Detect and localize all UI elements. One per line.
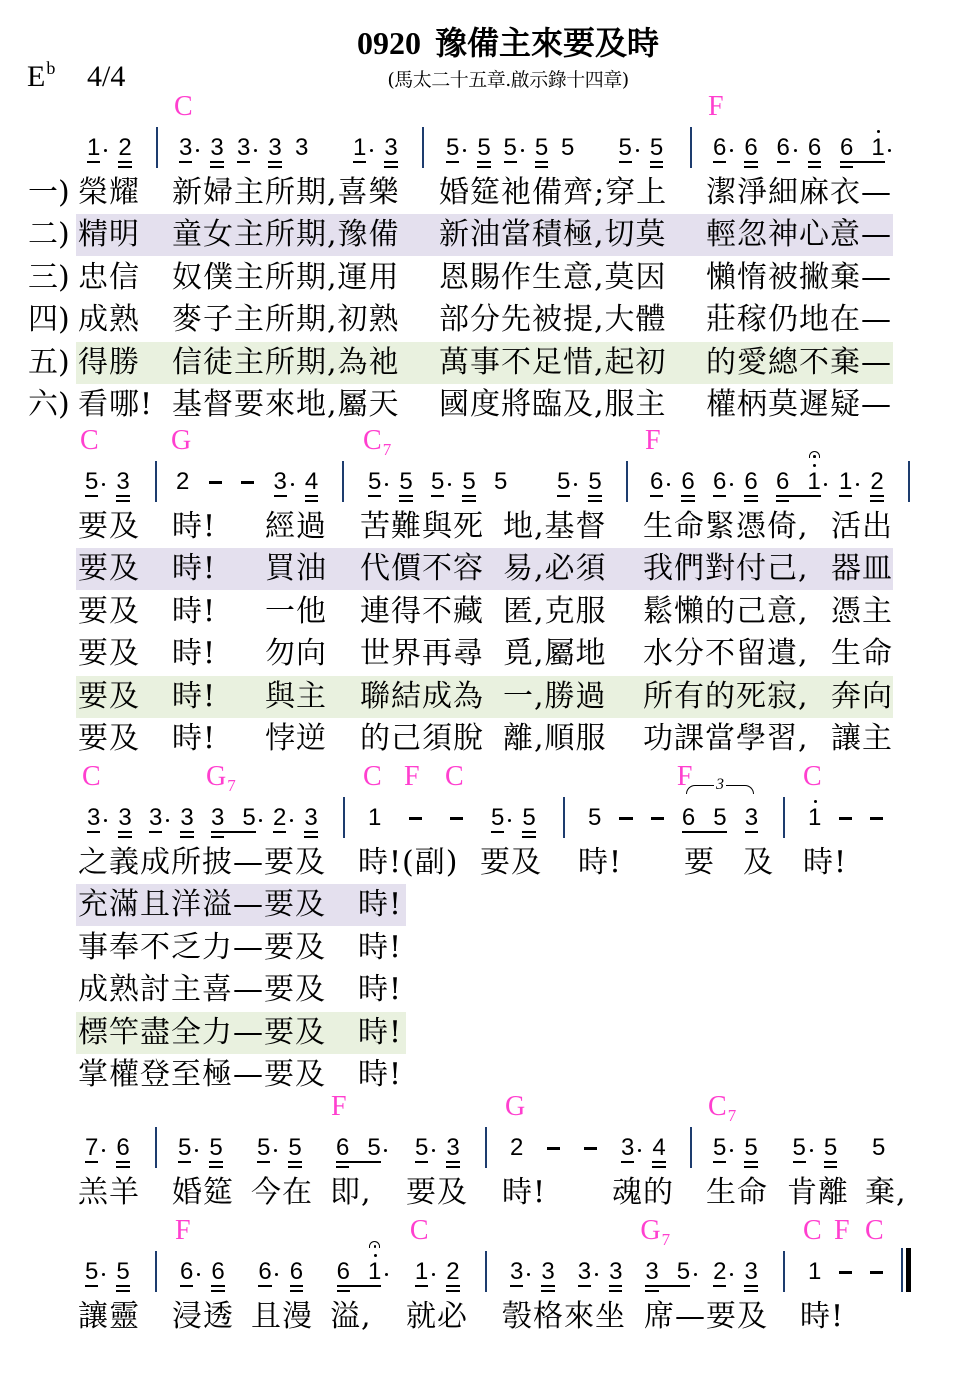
- chord-root: G: [171, 425, 191, 456]
- note-digit: 5: [744, 1136, 757, 1160]
- underline: [258, 1285, 271, 1287]
- measure: 76: [85, 1136, 130, 1160]
- lyric-line: 要及時!與主聯結成為一,勝過所有的死寂,奔向: [0, 676, 956, 718]
- augmentation-dot: [888, 149, 891, 152]
- note: 5: [504, 136, 517, 160]
- note: 6: [744, 470, 757, 494]
- measure: 2G34: [176, 470, 318, 494]
- underline: [446, 1290, 459, 1292]
- note: 3C: [179, 136, 192, 160]
- augmentation-dot: [667, 483, 670, 486]
- note-digit: 2: [446, 1260, 459, 1284]
- octave-up-dot: [877, 130, 880, 133]
- beam-group: 61: [776, 470, 821, 494]
- note: 7: [85, 1136, 98, 1160]
- beat: 2G: [510, 1136, 547, 1160]
- underline: [744, 495, 757, 497]
- chord-symbol: F: [404, 763, 420, 791]
- note: 6: [776, 470, 789, 494]
- measure: 55: [85, 1260, 130, 1284]
- chord-root: C: [803, 1215, 822, 1246]
- lyric-segment: 棄,: [865, 1172, 907, 1214]
- lyric-line: 二)精明童女主所期,豫備新油當積極,切莫輕忽神心意—: [0, 214, 956, 256]
- barline: [485, 1251, 487, 1292]
- beat: 2G: [176, 470, 209, 494]
- note-digit: 1: [808, 806, 821, 830]
- beat: 36F53: [682, 806, 758, 830]
- note: 1C: [368, 806, 381, 830]
- note-digit: 6: [744, 470, 757, 494]
- underline: [650, 495, 663, 497]
- note: 5: [522, 806, 535, 830]
- beam-group: 3G75: [211, 806, 256, 830]
- lyric-line: 羔羊婚筵今在即,要及時!魂的生命肯離棄,: [0, 1172, 956, 1214]
- note-digit: 5: [85, 470, 98, 494]
- lyric-line: 之義成所披—要及時!(副)要及時!要及時!: [0, 842, 956, 884]
- chord-root: C: [80, 425, 99, 456]
- beat: 55: [85, 1260, 130, 1284]
- note-digit: 3: [179, 136, 192, 160]
- underline: [87, 831, 100, 833]
- augmentation-dot: [102, 1273, 105, 1276]
- measure: 5C75555: [713, 1136, 885, 1160]
- note: 3: [274, 470, 287, 494]
- barline: [155, 1251, 157, 1292]
- chord-root: F: [331, 1091, 347, 1122]
- underline: [85, 495, 98, 497]
- beat: [870, 806, 883, 830]
- lyric-segment: 要及: [78, 718, 140, 760]
- lyric-segment: 悖逆: [265, 718, 327, 760]
- note: 5: [619, 136, 632, 160]
- note-digit: 2: [118, 136, 131, 160]
- dash-line: [547, 1147, 560, 1150]
- underline: [713, 161, 726, 163]
- barline: [155, 461, 157, 502]
- note: 6: [681, 470, 694, 494]
- note: 1C: [808, 1260, 821, 1284]
- beam-group: 61: [337, 1260, 382, 1284]
- lyric-segment: 信徒主所期,為祂: [172, 342, 400, 384]
- triplet-group: 36F53: [682, 806, 758, 830]
- lyric-segment: 榮耀: [78, 172, 140, 214]
- dash-line: [241, 481, 254, 484]
- note: 6: [337, 1260, 350, 1284]
- underline: [808, 166, 821, 168]
- note: 2G: [176, 470, 189, 494]
- note: 1: [87, 136, 100, 160]
- note-digit: 5: [824, 1136, 837, 1160]
- note-digit: 5: [491, 806, 504, 830]
- chord-symbol: C: [174, 93, 193, 121]
- augmentation-dot: [730, 1149, 733, 1152]
- note-digit: 6: [713, 136, 726, 160]
- beat: 12: [839, 470, 884, 494]
- underline: [180, 831, 193, 833]
- lyric-segment: 苦難與死: [360, 506, 484, 548]
- final-barline: [901, 1248, 903, 1292]
- barline: [485, 1127, 487, 1168]
- chord-symbol: F: [175, 1217, 191, 1245]
- beat: 55: [446, 136, 504, 160]
- lyric-line: 要及時!勿向世界再尋覓,屬地水分不留遺,生命: [0, 633, 956, 675]
- underline: [510, 1285, 523, 1287]
- underline: [840, 166, 853, 168]
- measure: 12: [87, 136, 132, 160]
- lyric-segment: 席—要及: [644, 1296, 768, 1338]
- beat: 5C75: [713, 1136, 793, 1160]
- underline: [522, 831, 535, 833]
- underline: [477, 166, 490, 168]
- measure: 33333G7523: [510, 1260, 758, 1284]
- note: 1: [368, 1260, 381, 1284]
- note: 5: [677, 1260, 690, 1284]
- note-digit: 4: [305, 470, 318, 494]
- underline: [179, 161, 192, 163]
- lyric-line: 四)成熟麥子主所期,初熟部分先被提,大體莊稼仍地在—: [0, 299, 956, 341]
- note-digit: 5: [367, 1136, 380, 1160]
- lyric-segment: 要及: [78, 633, 140, 675]
- sustain-dash: [651, 806, 664, 830]
- underline: [793, 1161, 806, 1163]
- note-digit: 6: [290, 1260, 303, 1284]
- lyric-segment: 要及: [78, 676, 140, 718]
- beat: 5: [561, 136, 619, 160]
- measure: 536F53: [588, 806, 758, 830]
- note-digit: 3: [295, 136, 308, 160]
- underline: [645, 1290, 658, 1292]
- note-digit: 1: [808, 1260, 821, 1284]
- beat: 1C2: [415, 1260, 460, 1284]
- underline: [609, 1285, 622, 1287]
- underline: [462, 495, 475, 497]
- underline: [210, 166, 223, 168]
- sustain-dash: F: [409, 806, 422, 830]
- beat: 3G75: [211, 806, 273, 830]
- beat: 12: [87, 136, 132, 160]
- note-digit: 3: [621, 1136, 634, 1160]
- dash-line: [450, 817, 463, 820]
- underline: [619, 161, 632, 163]
- underline: [336, 1166, 349, 1168]
- note: 5: [431, 470, 444, 494]
- beat: 61: [337, 1260, 415, 1284]
- underline: [85, 1285, 98, 1287]
- note: 1: [839, 470, 852, 494]
- beat: 55: [619, 136, 664, 160]
- sustain-dash: [870, 806, 883, 830]
- lyric-segment: 奔向: [831, 676, 893, 718]
- measure: 1C: [808, 806, 883, 830]
- chord-root: C: [363, 425, 382, 456]
- chord-symbol: C: [803, 763, 822, 791]
- measure: 6F666611C2: [180, 1260, 460, 1284]
- lyric-line: 成熟討主喜—要及時!: [0, 969, 956, 1011]
- sustain-dash: [619, 806, 632, 830]
- note: 5: [588, 806, 601, 830]
- note: 3: [384, 136, 397, 160]
- underline: [288, 1166, 301, 1168]
- note: 3: [304, 806, 317, 830]
- lyric-segment: 地,基督: [503, 506, 607, 548]
- lyric-segment: 所有的死寂,: [643, 676, 809, 718]
- dash-line: [651, 817, 664, 820]
- lyric-segment: 就必: [406, 1296, 468, 1338]
- chord-root: F: [677, 761, 693, 792]
- underline: [650, 166, 663, 168]
- underline: [273, 831, 286, 833]
- note: 3: [446, 1136, 459, 1160]
- note: 5: [872, 1136, 885, 1160]
- beam-group: 6F5: [682, 806, 727, 830]
- lyric-segment: 代價不容: [360, 548, 484, 590]
- lyric-segment: 要及: [78, 506, 140, 548]
- underline: [305, 495, 318, 497]
- augmentation-dot: [638, 1149, 641, 1152]
- underline: [210, 161, 223, 163]
- underline: [304, 836, 317, 838]
- underline: [116, 1285, 129, 1287]
- lyric-segment: 時!: [172, 506, 216, 548]
- note: 5C7: [368, 470, 381, 494]
- beam-group: 61: [840, 136, 885, 160]
- chord-symbol: C: [445, 763, 464, 791]
- augmentation-dot: [810, 1149, 813, 1152]
- note-digit: 2: [713, 1260, 726, 1284]
- lyric-segment: 即,: [330, 1172, 372, 1214]
- note-digit: 5: [431, 470, 444, 494]
- underline: [237, 161, 250, 163]
- note: 6F: [180, 1260, 193, 1284]
- lyric-line: 要及時!買油代價不容易,必須我們對付己,器皿: [0, 548, 956, 590]
- beat: 34: [621, 1136, 666, 1160]
- underline: [85, 1161, 98, 1163]
- lyric-segment: 國度將臨及,服主: [439, 384, 667, 426]
- note: 3: [268, 136, 281, 160]
- note-digit: 5: [446, 136, 459, 160]
- barline: [343, 797, 345, 838]
- beat: 34: [274, 470, 319, 494]
- beat: 1C: [808, 806, 839, 830]
- note: 5: [824, 1136, 837, 1160]
- chord-root: C: [708, 1091, 727, 1122]
- measure: 6F66661: [713, 136, 885, 160]
- chord-symbol: C7: [363, 427, 391, 458]
- note-digit: 6: [777, 136, 790, 160]
- underline: [288, 1161, 301, 1163]
- underline: [399, 495, 412, 497]
- chord-root: G: [505, 1091, 525, 1122]
- note-digit: 3: [609, 1260, 622, 1284]
- beat: 5C75: [368, 470, 431, 494]
- lyric-line: 六)看哪!基督要來地,屬天國度將臨及,服主權柄莫遲疑—: [0, 384, 956, 426]
- note: 3: [118, 806, 131, 830]
- beat: [619, 806, 650, 830]
- beat: [839, 806, 870, 830]
- augmentation-dot: [104, 149, 107, 152]
- lyric-segment: 萬事不足惜,起初: [439, 342, 667, 384]
- augmentation-dot: [384, 1149, 387, 1152]
- key-accidental: b: [46, 58, 55, 78]
- note-digit: 6: [840, 136, 853, 160]
- underline: [116, 1166, 129, 1168]
- note-digit: 5: [872, 1136, 885, 1160]
- note-digit: 6: [650, 470, 663, 494]
- note: 6F: [682, 806, 695, 830]
- lyric-segment: 時!: [358, 969, 402, 1011]
- beat: 55: [504, 136, 562, 160]
- note: 5: [588, 470, 601, 494]
- underline: [149, 831, 162, 833]
- chord-root: F: [645, 425, 661, 456]
- augmentation-dot: [730, 149, 733, 152]
- lyric-segment: 婚筵祂備齊;穿上: [439, 172, 667, 214]
- augmentation-dot: [259, 819, 262, 822]
- lyric-segment: 與主: [265, 676, 327, 718]
- note: 6F: [650, 470, 663, 494]
- underline: [824, 1161, 837, 1163]
- dash-line: [409, 817, 422, 820]
- underline: [178, 1161, 191, 1163]
- lyric-line: 掌權登至極—要及時!: [0, 1054, 956, 1096]
- note: 3G7: [211, 806, 224, 830]
- measure: 1CFC: [808, 1260, 883, 1284]
- note: 2: [870, 470, 883, 494]
- dash-line: [209, 481, 222, 484]
- note-digit: 5: [522, 806, 535, 830]
- note-digit: 6: [116, 1136, 129, 1160]
- octave-up-dot: [813, 464, 816, 467]
- lyric-segment: 精明: [78, 214, 140, 256]
- note: 3C: [87, 806, 100, 830]
- note: 3: [744, 1260, 757, 1284]
- underline: [504, 161, 517, 163]
- note: 1: [871, 136, 884, 160]
- lyric-segment: 時!: [800, 1296, 844, 1338]
- augmentation-dot: [104, 819, 107, 822]
- lyric-segment: 一,勝過: [503, 676, 607, 718]
- augmentation-dot: [527, 1273, 530, 1276]
- beat: C: [870, 1260, 883, 1284]
- underline: [744, 500, 757, 502]
- chord-root: F: [834, 1215, 850, 1246]
- note: 6: [840, 136, 853, 160]
- note-digit: 5: [650, 136, 663, 160]
- underline: [209, 1161, 222, 1163]
- underline: [384, 161, 397, 163]
- beat: 3: [295, 136, 353, 160]
- lyric-line: 事奉不乏力—要及時!: [0, 927, 956, 969]
- note-digit: 6: [682, 806, 695, 830]
- underline: [116, 1290, 129, 1292]
- note-digit: 5: [494, 470, 507, 494]
- lyric-segment: 離,順服: [503, 718, 607, 760]
- lyric-segment: 覓,屬地: [503, 633, 607, 675]
- lyric-segment: 肯離: [787, 1172, 849, 1214]
- note-digit: 3: [744, 1260, 757, 1284]
- augmentation-dot: [432, 1149, 435, 1152]
- verse-label: 四): [28, 299, 70, 341]
- note-digit: 3: [645, 1260, 658, 1284]
- lyric-segment: 時!(副): [358, 842, 458, 884]
- lyric-segment: 要及: [78, 548, 140, 590]
- measure: 5C7555555: [368, 470, 602, 494]
- note: 5: [288, 1136, 301, 1160]
- measure: 55556F553: [178, 1136, 460, 1160]
- note: 6: [116, 1136, 129, 1160]
- sustain-dash: [839, 806, 852, 830]
- note-digit: 1: [415, 1260, 428, 1284]
- beat: 55: [178, 1136, 257, 1160]
- note: 5: [477, 136, 490, 160]
- underline: [274, 495, 287, 497]
- augmentation-dot: [574, 483, 577, 486]
- chord-symbol: F: [645, 427, 661, 455]
- note-digit: 6: [681, 470, 694, 494]
- lyric-segment: 部分先被提,大體: [439, 299, 667, 341]
- beat: 33: [237, 136, 295, 160]
- chord-symbol: F: [834, 1217, 850, 1245]
- underline: [681, 500, 694, 502]
- note: 5C7: [713, 1136, 726, 1160]
- note-digit: 3: [384, 136, 397, 160]
- note-digit: 3: [304, 806, 317, 830]
- lyric-segment: 事奉不乏力—要及: [78, 927, 326, 969]
- lyric-segment: 水分不留遺,: [643, 633, 809, 675]
- barline: [783, 1251, 785, 1292]
- lyric-segment: 得勝: [78, 342, 140, 384]
- lyric-segment: 匿,克服: [503, 591, 607, 633]
- lyric-segment: 世界再尋: [360, 633, 484, 675]
- augmentation-dot: [196, 149, 199, 152]
- lyric-segment: 鬆懶的己意,: [643, 591, 809, 633]
- note: 3: [180, 806, 193, 830]
- chord-root: C: [174, 91, 193, 122]
- note-digit: 6: [713, 470, 726, 494]
- lyric-segment: 讓靈: [78, 1296, 140, 1338]
- lyric-segment: 時!: [358, 884, 402, 926]
- underline: [744, 1166, 757, 1168]
- note: 5: [713, 806, 726, 830]
- note: 4: [305, 470, 318, 494]
- chord-root: C: [445, 761, 464, 792]
- underline: [415, 1161, 428, 1163]
- note-digit: 3: [274, 470, 287, 494]
- augmentation-dot: [274, 1149, 277, 1152]
- lyric-segment: 成熟: [78, 299, 140, 341]
- beat: 66: [258, 1260, 336, 1284]
- beat: 6F6: [650, 470, 713, 494]
- underline: [211, 836, 224, 838]
- beat: 13: [353, 136, 398, 160]
- beam-group: 3G75: [645, 1260, 690, 1284]
- chord-symbol: C: [410, 1217, 429, 1245]
- note: 5: [557, 470, 570, 494]
- lyric-segment: 時!: [172, 676, 216, 718]
- lyric-segment: 易,必須: [503, 548, 607, 590]
- note-digit: 5: [288, 1136, 301, 1160]
- note: 5: [85, 1260, 98, 1284]
- verse-label: 六): [28, 384, 70, 426]
- note-digit: 5: [462, 470, 475, 494]
- note: 3: [210, 136, 223, 160]
- lyric-segment: 時!: [578, 842, 622, 884]
- lyric-segment: 時!: [502, 1172, 546, 1214]
- lyric-segment: 恩賜作生意,莫因: [439, 257, 667, 299]
- underline: [535, 161, 548, 163]
- note: 5: [650, 136, 663, 160]
- note: 5: [744, 1136, 757, 1160]
